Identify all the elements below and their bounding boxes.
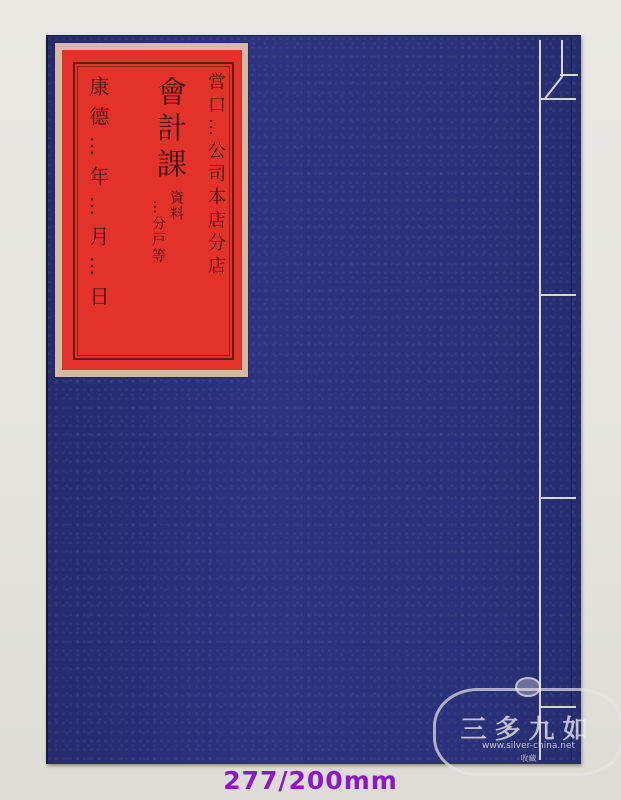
label-subtitle-text-1: 資料 [168, 190, 184, 222]
binding-stitch-3 [540, 497, 576, 499]
label-subtitle-text-2: …分戸等 [150, 200, 166, 264]
title-label: 営口…公司本店分店 會計課 資料 …分戸等 康德…年…月…日 [55, 43, 248, 377]
label-issuer-text: 営口…公司本店分店 [202, 72, 228, 279]
label-title-text: 會計課 [146, 76, 190, 184]
watermark-url: www.silver-china.net [436, 741, 621, 751]
binding-corner-top [561, 40, 563, 75]
binding-thread-edge [571, 40, 572, 760]
title-label-red-panel: 営口…公司本店分店 會計課 資料 …分戸等 康德…年…月…日 [62, 50, 242, 370]
watermark: 三多九如 www.silver-china.net 收藏 [433, 688, 621, 776]
dimensions-caption: 277/200mm [0, 766, 621, 795]
watermark-knot-icon [515, 677, 541, 697]
watermark-sub: 收藏 [436, 753, 621, 764]
label-date-text: 康德…年…月…日 [84, 76, 113, 316]
binding-thread-vertical [539, 40, 541, 760]
binding-stitch-2 [540, 294, 576, 296]
